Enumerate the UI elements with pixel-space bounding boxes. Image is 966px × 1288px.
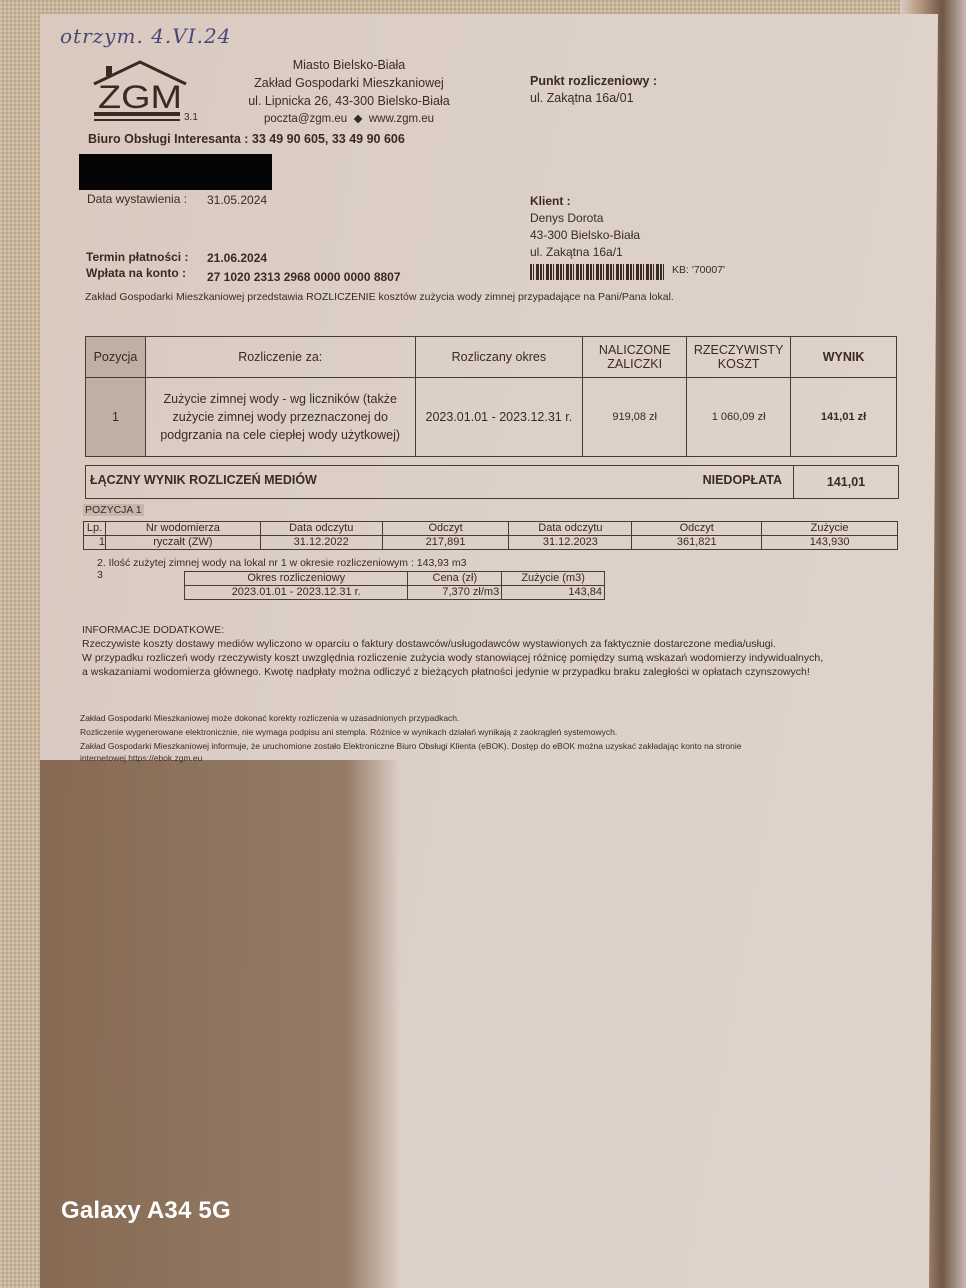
meter-reading-start: 217,891	[382, 536, 509, 550]
additional-info-title: INFORMACJE DODATKOWE:	[82, 623, 912, 637]
usage-note: 2. Ilość zużytej zimnej wody na lokal nr…	[97, 557, 466, 569]
row-period: 2023.01.01 - 2023.12.31 r.	[415, 378, 583, 457]
col-actual-cost: RZECZYWISTY KOSZT	[687, 337, 791, 378]
footer-note: internetowej https://ebok.zgm.eu	[80, 752, 890, 764]
settlement-point-value: ul. Zakątna 16a/01	[530, 91, 634, 105]
additional-info-line: W przypadku rozliczeń wody rzeczywisty k…	[82, 651, 912, 665]
client-name: Denys Dorota	[530, 211, 603, 225]
meter-col-date-start: Data odczytu	[260, 522, 382, 536]
client-city: 43-300 Bielsko-Biała	[530, 228, 640, 242]
total-value: 141,01	[793, 466, 898, 498]
additional-info: INFORMACJE DODATKOWE: Rzeczywiste koszty…	[82, 623, 912, 679]
intro-text: Zakład Gospodarki Mieszkaniowej przedsta…	[85, 291, 674, 303]
meter-usage: 143,930	[762, 536, 898, 550]
meter-number: ryczałt (ZW)	[105, 536, 260, 550]
handwritten-note: otrzym. 4.VI.24	[60, 24, 231, 48]
meter-col-reading-end: Odczyt	[632, 522, 762, 536]
settlement-point-label: Punkt rozliczeniowy :	[530, 74, 657, 88]
additional-info-line: Rzeczywiste koszty dostawy mediów wylicz…	[82, 637, 912, 651]
additional-info-line: a wskazaniami wodomierza głównego. Kwotę…	[82, 665, 912, 679]
row-result: 141,01 zł	[791, 378, 897, 457]
issue-date-value: 31.05.2024	[207, 193, 267, 207]
row-position: 1	[86, 378, 146, 457]
meter-date-start: 31.12.2022	[260, 536, 382, 550]
position-title: POZYCJA 1	[83, 504, 144, 516]
footer-note: Zakład Gospodarki Mieszkaniowej może dok…	[80, 712, 890, 724]
org-email: poczta@zgm.eu	[264, 113, 347, 125]
org-contact: poczta@zgm.eu ◆ www.zgm.eu	[240, 110, 458, 128]
footer-notes: Zakład Gospodarki Mieszkaniowej może dok…	[80, 712, 890, 764]
account-label: Wpłata na konto :	[86, 266, 186, 280]
meter-date-end: 31.12.2023	[509, 536, 632, 550]
house-icon: ZGM	[90, 58, 190, 126]
diamond-separator-icon: ◆	[354, 113, 363, 125]
organization-header: Miasto Bielsko-Biała Zakład Gospodarki M…	[240, 56, 458, 128]
org-city: Miasto Bielsko-Biała	[240, 56, 458, 74]
row-description: Zużycie zimnej wody - wg liczników (takż…	[145, 378, 415, 457]
table-row: 1 ryczałt (ZW) 31.12.2022 217,891 31.12.…	[84, 536, 898, 550]
meter-col-date-end: Data odczytu	[509, 522, 632, 536]
barcode	[530, 264, 664, 280]
meter-table: Lp. Nr wodomierza Data odczytu Odczyt Da…	[83, 521, 898, 550]
settlement-point: Punkt rozliczeniowy : ul. Zakątna 16a/01	[530, 73, 657, 107]
issue-date-label: Data wystawienia :	[87, 192, 187, 206]
meter-table-header: Lp. Nr wodomierza Data odczytu Odczyt Da…	[84, 522, 898, 536]
client-block: Klient : Denys Dorota 43-300 Bielsko-Bia…	[530, 193, 640, 261]
price-col-price: Cena (zł)	[408, 572, 502, 586]
col-description: Rozliczenie za:	[145, 337, 415, 378]
logo-version: 3.1	[184, 112, 198, 123]
settlement-table: Pozycja Rozliczenie za: Rozliczany okres…	[85, 336, 897, 457]
total-type: NIEDOPŁATA	[703, 473, 782, 487]
org-address: ul. Lipnicka 26, 43-300 Bielsko-Biała	[240, 92, 458, 110]
row-actual-cost: 1 060,09 zł	[687, 378, 791, 457]
client-street: ul. Zakątna 16a/1	[530, 245, 623, 259]
price-col-period: Okres rozliczeniowy	[185, 572, 408, 586]
meter-col-usage: Zużycie	[762, 522, 898, 536]
footer-note: Zakład Gospodarki Mieszkaniowej informuj…	[80, 740, 890, 752]
meter-lp: 1	[84, 536, 106, 550]
price-usage: 143,84	[502, 586, 605, 600]
total-label: ŁĄCZNY WYNIK ROZLICZEŃ MEDIÓW	[90, 473, 317, 487]
total-result-box: ŁĄCZNY WYNIK ROZLICZEŃ MEDIÓW NIEDOPŁATA…	[85, 465, 899, 499]
table-row: 2023.01.01 - 2023.12.31 r. 7,370 zł/m3 1…	[185, 586, 605, 600]
note-3-marker: 3	[97, 569, 103, 581]
org-website: www.zgm.eu	[369, 113, 434, 125]
due-date-label: Termin płatności :	[86, 250, 188, 264]
meter-col-number: Nr wodomierza	[105, 522, 260, 536]
svg-text:ZGM: ZGM	[98, 79, 182, 115]
client-label: Klient :	[530, 194, 571, 208]
price-period: 2023.01.01 - 2023.12.31 r.	[185, 586, 408, 600]
camera-watermark: Galaxy A34 5G	[61, 1197, 231, 1225]
price-value: 7,370 zł/m3	[408, 586, 502, 600]
settlement-table-header: Pozycja Rozliczenie za: Rozliczany okres…	[86, 337, 897, 378]
col-advances: NALICZONE ZALICZKI	[583, 337, 687, 378]
due-date-value: 21.06.2024	[207, 251, 267, 265]
meter-col-lp: Lp.	[84, 522, 106, 536]
price-table: Okres rozliczeniowy Cena (zł) Zużycie (m…	[184, 571, 605, 600]
account-number: 27 1020 2313 2968 0000 0000 8807	[207, 270, 401, 284]
zgm-logo: ZGM 3.1	[90, 58, 200, 126]
client-kb-code: KB: '70007'	[672, 264, 725, 276]
col-position: Pozycja	[86, 337, 146, 378]
row-advances: 919,08 zł	[583, 378, 687, 457]
meter-reading-end: 361,821	[632, 536, 762, 550]
meter-col-reading-start: Odczyt	[382, 522, 509, 536]
office-phones: Biuro Obsługi Interesanta : 33 49 90 605…	[88, 132, 405, 146]
col-result: WYNIK	[791, 337, 897, 378]
table-row: 1 Zużycie zimnej wody - wg liczników (ta…	[86, 378, 897, 457]
col-period: Rozliczany okres	[415, 337, 583, 378]
footer-note: Rozliczenie wygenerowane elektronicznie,…	[80, 726, 890, 738]
price-col-usage: Zużycie (m3)	[502, 572, 605, 586]
org-name: Zakład Gospodarki Mieszkaniowej	[240, 74, 458, 92]
redaction-box	[79, 154, 272, 190]
price-table-header: Okres rozliczeniowy Cena (zł) Zużycie (m…	[185, 572, 605, 586]
